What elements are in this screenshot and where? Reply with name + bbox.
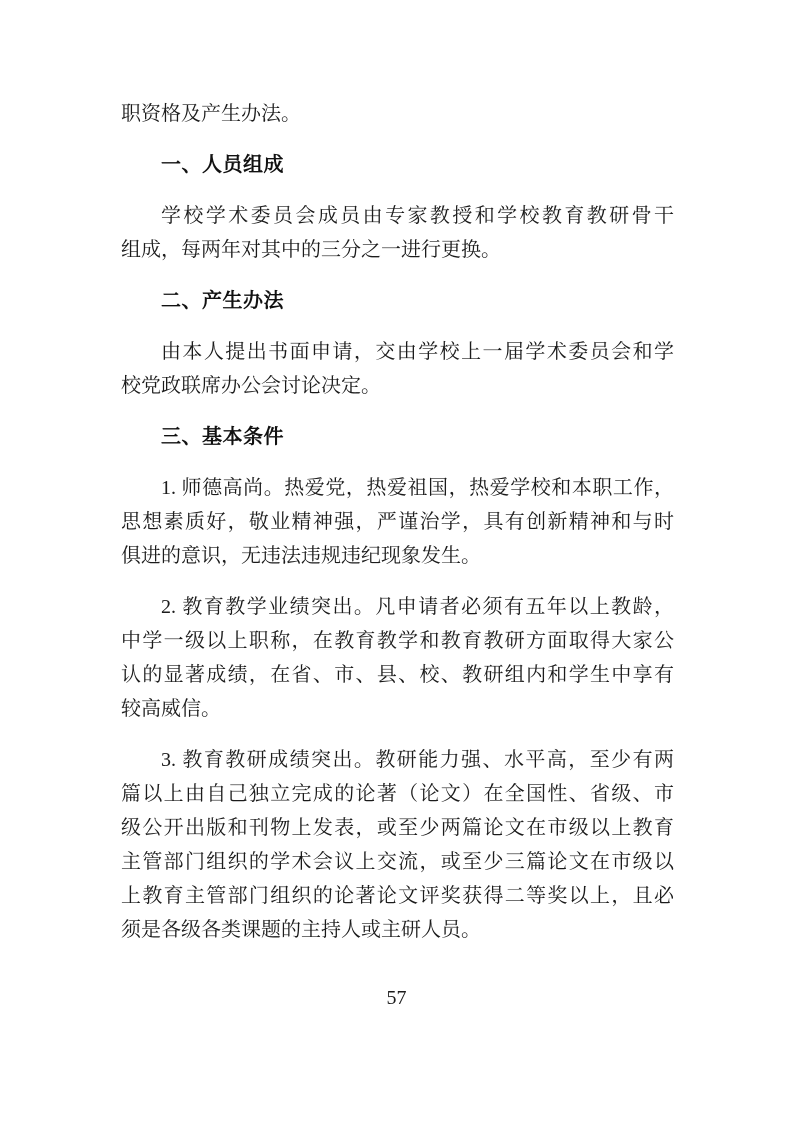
text-line: 篇以上由自己独立完成的论著（论文）在全国性、省级、市 bbox=[121, 777, 674, 811]
text-line: 上教育主管部门组织的论著论文评奖获得二等奖以上，且必 bbox=[121, 879, 674, 913]
text-line: 认的显著成绩，在省、市、县、校、教研组内和学生中享有 bbox=[121, 658, 674, 692]
text-line: 中学一级以上职称，在教育教学和教育教研方面取得大家公 bbox=[121, 624, 674, 658]
section-heading-1: 一、人员组成 bbox=[121, 148, 674, 182]
text-line: 俱进的意识，无违法违规违纪现象发生。 bbox=[121, 539, 674, 573]
paragraph: 由本人提出书面申请，交由学校上一届学术委员会和学 校党政联席办公会讨论决定。 bbox=[121, 335, 674, 403]
heading-text: 三、基本条件 bbox=[121, 420, 674, 454]
text-line: 2. 教育教学业绩突出。凡申请者必须有五年以上教龄， bbox=[121, 590, 674, 624]
text-line: 由本人提出书面申请，交由学校上一届学术委员会和学 bbox=[121, 335, 674, 369]
text-line: 须是各级各类课题的主持人或主研人员。 bbox=[121, 913, 674, 947]
page-number: 57 bbox=[0, 985, 793, 1011]
paragraph-item-1: 1. 师德高尚。热爱党，热爱祖国，热爱学校和本职工作， 思想素质好，敬业精神强，… bbox=[121, 471, 674, 573]
paragraph: 学校学术委员会成员由专家教授和学校教育教研骨干 组成，每两年对其中的三分之一进行… bbox=[121, 199, 674, 267]
text-line: 主管部门组织的学术会议上交流，或至少三篇论文在市级以 bbox=[121, 845, 674, 879]
text-line: 3. 教育教研成绩突出。教研能力强、水平高，至少有两 bbox=[121, 743, 674, 777]
text-line: 组成，每两年对其中的三分之一进行更换。 bbox=[121, 233, 674, 267]
text-line: 较高威信。 bbox=[121, 692, 674, 726]
text-line: 1. 师德高尚。热爱党，热爱祖国，热爱学校和本职工作， bbox=[121, 471, 674, 505]
text-line: 思想素质好，敬业精神强，严谨治学，具有创新精神和与时 bbox=[121, 505, 674, 539]
text-line: 学校学术委员会成员由专家教授和学校教育教研骨干 bbox=[121, 199, 674, 233]
paragraph-continuation: 职资格及产生办法。 bbox=[121, 97, 674, 131]
heading-text: 二、产生办法 bbox=[121, 284, 674, 318]
section-heading-2: 二、产生办法 bbox=[121, 284, 674, 318]
document-body: 职资格及产生办法。 一、人员组成 学校学术委员会成员由专家教授和学校教育教研骨干… bbox=[0, 0, 793, 947]
paragraph-item-2: 2. 教育教学业绩突出。凡申请者必须有五年以上教龄， 中学一级以上职称，在教育教… bbox=[121, 590, 674, 726]
text-line: 级公开出版和刊物上发表，或至少两篇论文在市级以上教育 bbox=[121, 811, 674, 845]
document-page: 职资格及产生办法。 一、人员组成 学校学术委员会成员由专家教授和学校教育教研骨干… bbox=[0, 0, 793, 1122]
paragraph-item-3: 3. 教育教研成绩突出。教研能力强、水平高，至少有两 篇以上由自己独立完成的论著… bbox=[121, 743, 674, 947]
section-heading-3: 三、基本条件 bbox=[121, 420, 674, 454]
heading-text: 一、人员组成 bbox=[121, 148, 674, 182]
text-line: 职资格及产生办法。 bbox=[121, 97, 674, 131]
text-line: 校党政联席办公会讨论决定。 bbox=[121, 369, 674, 403]
